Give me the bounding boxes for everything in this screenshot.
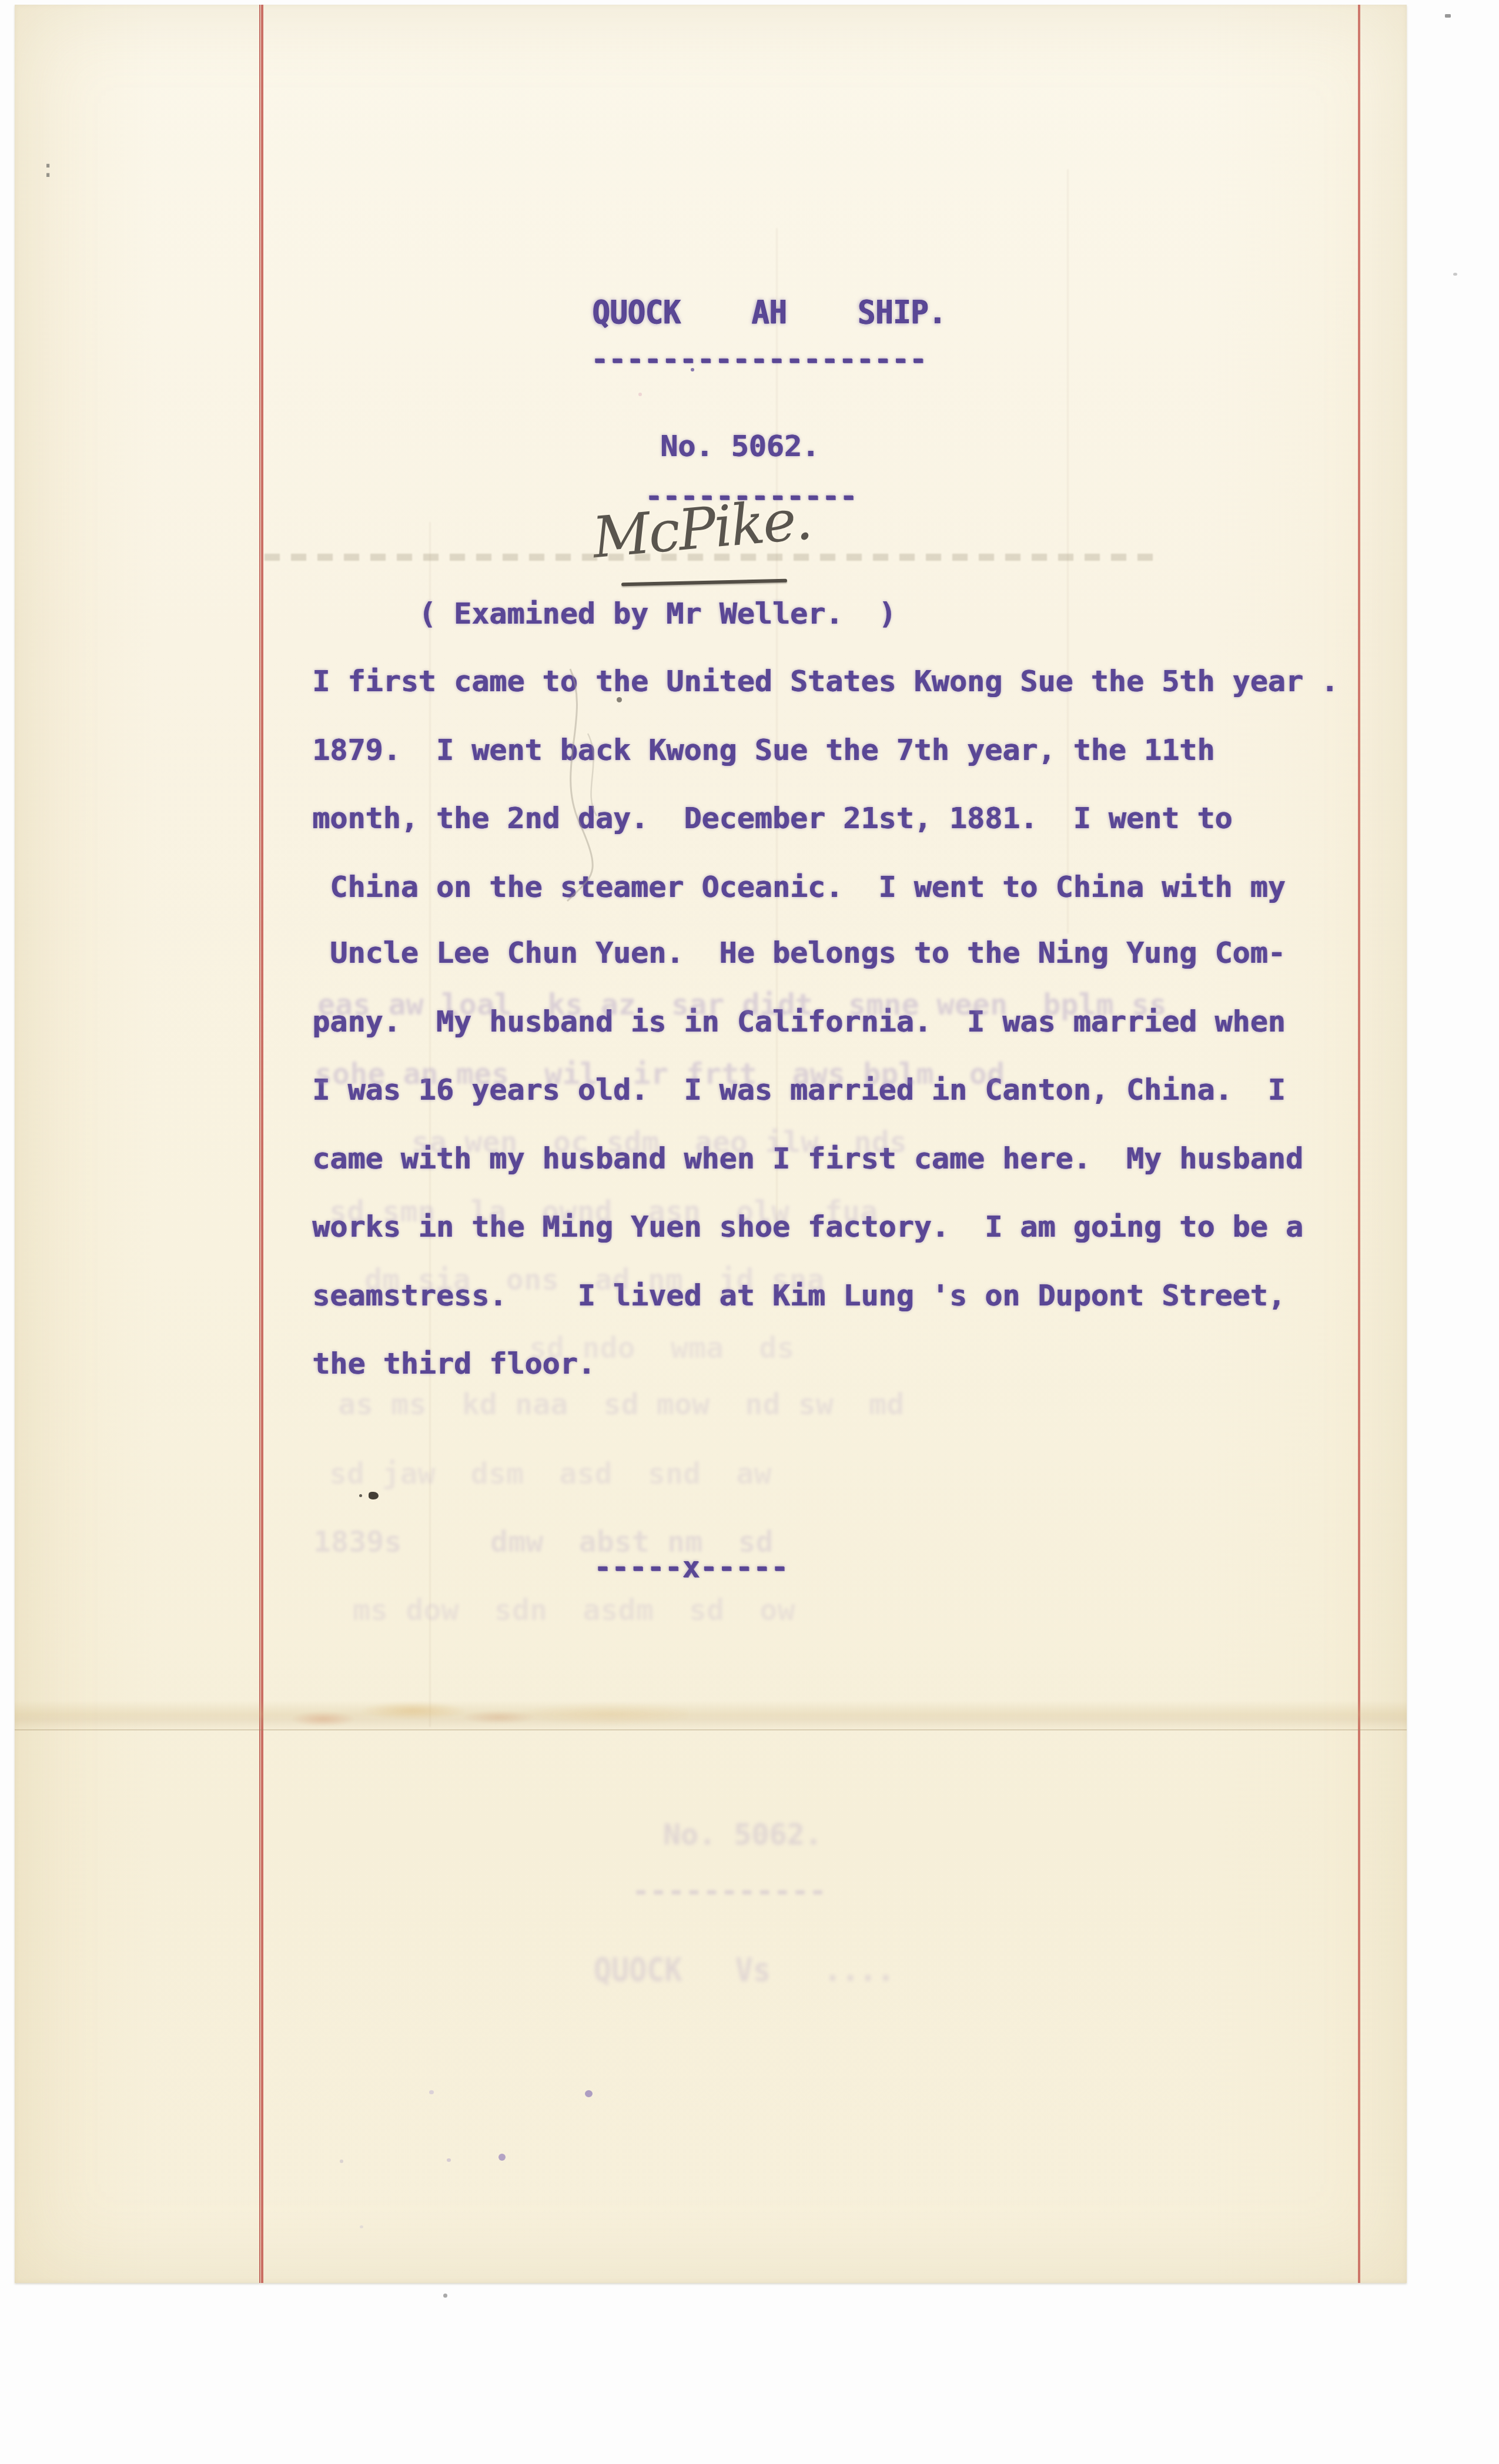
bleed-through-text: sd jaw dsm asd snd aw <box>329 1457 772 1491</box>
document-title: QUOCK AH SHIP. <box>592 293 946 331</box>
bleed-through-text: sohe an mes wil ir frtt aws bplm od <box>314 1057 1005 1091</box>
right-margin-rule <box>1358 5 1360 2283</box>
testimony-line: China on the steamer Oceanic. I went to … <box>312 870 1286 904</box>
ink-speck <box>638 393 642 396</box>
struck-examiner-name: Weller. <box>719 597 843 631</box>
ink-speck <box>359 1494 362 1497</box>
ink-speck <box>498 2154 506 2161</box>
stray-ink-dot <box>691 368 694 371</box>
dust-speck <box>1453 273 1457 276</box>
testimony-line: Uncle Lee Chun Yuen. He belongs to the N… <box>312 936 1286 970</box>
bleed-through-dash-streak <box>265 554 1161 561</box>
bleed-through-text: sd ndo wma ds <box>529 1331 795 1365</box>
dust-speck <box>1445 14 1451 18</box>
paper-sheet: QUOCK AH SHIP. ------------------- No. 5… <box>15 5 1407 2283</box>
bleed-through-text: ms dow sdn asdm sd ow <box>353 1593 795 1627</box>
bleed-through-dashes: ----------- <box>632 1874 827 1908</box>
examined-by-line: ( Examined by Mr Weller. ) <box>312 563 896 665</box>
bleed-through-text: eas aw loal ks az sar didt smne ween bpl… <box>317 987 1167 1022</box>
bleed-through-text: 1839s dmw abst nm sd <box>313 1525 774 1559</box>
bleed-through-text: sd smn la ownd asn olw fua <box>329 1194 878 1228</box>
bleed-through-heading: QUOCK Vs .... <box>594 1951 895 1988</box>
bleed-through-text: dm sia ons ad nm jd sna <box>364 1263 825 1297</box>
ink-blot <box>369 1492 379 1499</box>
ink-speck <box>447 2158 451 2162</box>
case-number: No. 5062. <box>660 429 819 463</box>
testimony-line: month, the 2nd day. December 21st, 1881.… <box>312 801 1232 835</box>
title-underline: ------------------- <box>591 342 927 376</box>
left-margin-rule <box>259 5 263 2283</box>
dust-speck <box>443 2294 447 2298</box>
testimony-line: 1879. I went back Kwong Sue the 7th year… <box>312 733 1214 767</box>
examined-suffix: ) <box>843 597 896 631</box>
fold-crease-line <box>15 1729 1407 1730</box>
testimony-line: I first came to the United States Kwong … <box>312 664 1339 698</box>
bleed-through-text: sa wen oc sdm aeo ilw nds <box>411 1125 907 1159</box>
bleed-through-text: as ms kd naa sd mow nd sw md <box>338 1387 904 1421</box>
ink-speck <box>340 2160 343 2163</box>
examined-prefix: ( Examined by Mr <box>419 597 720 631</box>
ink-speck <box>429 2090 434 2094</box>
ink-speck <box>360 2225 363 2228</box>
pencil-bleed-squiggle <box>547 663 617 910</box>
bleed-through-case-number: No. 5062. <box>663 1817 822 1852</box>
ink-speck <box>585 2090 593 2097</box>
margin-pencil-mark: : <box>41 156 55 181</box>
scanned-document: QUOCK AH SHIP. ------------------- No. 5… <box>0 0 1499 2464</box>
fold-crease-band <box>15 1700 1407 1731</box>
